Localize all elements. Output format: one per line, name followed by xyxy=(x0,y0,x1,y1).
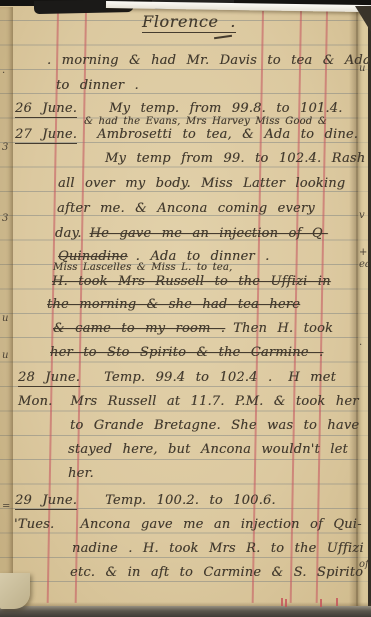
page-title-text: Florence . xyxy=(142,12,236,33)
diary-line: 28 June.Temp. 99.4 to 102.4 .H met xyxy=(18,370,336,386)
diary-line: 26 June.My temp. from 99.8. to 101.4. xyxy=(15,101,343,117)
diary-text: Ancona gave me an injection of Qui- xyxy=(80,517,361,532)
diary-text: Mrs Russell at 11.7. P.M. & took her xyxy=(70,394,358,409)
diary-text: Temp. 99.4 to 102.4 . xyxy=(104,370,272,385)
diary-text: nadine . H. took Mrs R. to the Uffizi xyxy=(72,541,364,556)
diary-text: stayed here, but Ancona wouldn't let xyxy=(68,442,348,457)
struck-text: the morning & she had tea here xyxy=(47,297,300,312)
red-tick-mark xyxy=(336,598,338,606)
diary-line: 29 June.Temp. 100.2. to 100.6. xyxy=(15,493,276,509)
date-underlined: 26 June. xyxy=(15,101,77,118)
page-corner-curl xyxy=(0,573,30,609)
diary-line: all over my body. Miss Latter looking xyxy=(58,176,345,192)
struck-text: & came to my room . xyxy=(53,321,225,336)
diary-line: her. xyxy=(68,466,94,482)
diary-text: Mon. xyxy=(18,394,52,409)
diary-text: her. xyxy=(68,466,94,481)
diary-text: to dinner . xyxy=(56,78,139,93)
diary-text: . morning & had Mr. Davis to tea & Ada xyxy=(47,53,371,68)
diary-text: all over my body. Miss Latter looking xyxy=(58,176,345,191)
diary-text: to Grande Bretagne. She was to have xyxy=(70,418,359,433)
diary-text: My temp. from 99.8. to 101.4. xyxy=(109,101,342,116)
diary-text: etc. & in aft to Carmine & S. Spirito xyxy=(70,565,363,580)
diary-line: after me. & Ancona coming every xyxy=(57,201,315,217)
diary-line: . morning & had Mr. Davis to tea & Ada xyxy=(47,53,371,69)
diary-text: H met xyxy=(288,370,336,385)
diary-line: her to Sto Spirito & the Carmine . xyxy=(50,345,323,361)
diary-line: & had the Evans, Mrs Harvey Miss Good & xyxy=(84,116,327,127)
diary-text: My temp from 99. to 102.4. Rash xyxy=(105,151,365,166)
diary-text: & had the Evans, Mrs Harvey Miss Good & xyxy=(84,116,327,127)
diary-line: Miss Lascelles & Miss L. to tea, xyxy=(53,262,232,273)
diary-text: Temp. 100.2. to 100.6. xyxy=(105,493,276,508)
diary-line: & came to my room .Then H. took xyxy=(53,321,333,337)
diary-line: nadine . H. took Mrs R. to the Uffizi xyxy=(72,541,364,557)
red-tick-mark xyxy=(285,599,287,607)
diary-text: Then H. took xyxy=(233,321,333,336)
struck-text: H. took Mrs Russell to the Uffizi in xyxy=(52,274,331,289)
struck-text: He gave me an injection of Q- xyxy=(90,226,328,241)
date-underlined: 29 June. xyxy=(15,493,77,510)
diary-line: stayed here, but Ancona wouldn't let xyxy=(68,442,348,458)
title-underline-flourish xyxy=(214,35,232,39)
diary-text: after me. & Ancona coming every xyxy=(57,201,315,216)
diary-line: Mon.Mrs Russell at 11.7. P.M. & took her xyxy=(18,394,359,410)
diary-text: 'Tues. xyxy=(14,517,54,532)
diary-text: Miss Lascelles & Miss L. to tea, xyxy=(53,262,232,273)
diary-line: day.He gave me an injection of Q- xyxy=(55,226,328,242)
date-underlined: 28 June. xyxy=(18,370,80,387)
diary-line: 27 June.Ambrosetti to tea, & Ada to dine… xyxy=(15,127,358,143)
diary-line: My temp from 99. to 102.4. Rash xyxy=(105,151,365,167)
diary-line: H. took Mrs Russell to the Uffizi in xyxy=(52,274,331,290)
red-tick-mark xyxy=(281,598,283,606)
diary-text: day. xyxy=(55,226,82,241)
struck-text: her to Sto Spirito & the Carmine . xyxy=(50,345,323,360)
diary-line: to dinner . xyxy=(56,78,139,94)
notebook-page-photo: .33uu= uv+ea.of Florence . . morning & h… xyxy=(0,0,371,617)
diary-text: Ambrosetti to tea, & Ada to dine. xyxy=(97,127,358,142)
red-tick-mark xyxy=(320,599,322,607)
page-title: Florence . xyxy=(142,14,236,30)
diary-line: the morning & she had tea here xyxy=(47,297,300,313)
diary-line: to Grande Bretagne. She was to have xyxy=(70,418,359,434)
diary-line: etc. & in aft to Carmine & S. Spirito xyxy=(70,565,363,581)
photo-bottom-border xyxy=(0,606,371,617)
handwriting-layer: Florence . . morning & had Mr. Davis to … xyxy=(0,0,371,617)
date-underlined: 27 June. xyxy=(15,127,77,144)
diary-line: 'Tues.Ancona gave me an injection of Qui… xyxy=(14,517,362,533)
